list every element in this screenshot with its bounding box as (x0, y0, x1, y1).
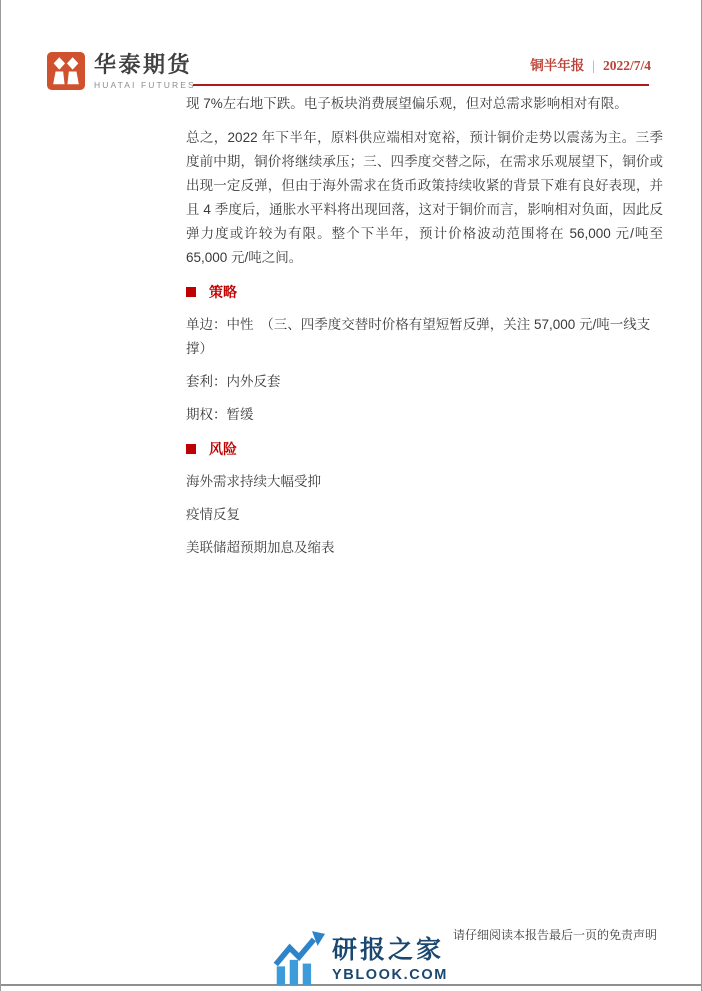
risk-item-fed-hike: 美联储超预期加息及缩表 (186, 536, 663, 560)
section-title-strategy: 策略 (209, 280, 237, 304)
report-type-label: 铜半年报 (530, 58, 584, 73)
square-bullet-icon (186, 287, 196, 297)
footer-disclaimer: 请仔细阅读本报告最后一页的免责声明 (453, 926, 657, 943)
watermark-name: 研报之家 (332, 938, 448, 963)
header-divider-rule (193, 84, 649, 86)
risk-item-overseas-demand: 海外需求持续大幅受抑 (186, 470, 663, 494)
strategy-item-arbitrage: 套利：内外反套 (186, 370, 663, 394)
report-page: 华泰期货 HUATAI FUTURES 铜半年报|2022/7/4 现 7%左右… (0, 0, 702, 991)
huatai-brand: 华泰期货 HUATAI FUTURES (47, 52, 196, 90)
strategy-item-unilateral: 单边：中性 （三、四季度交替时价格有望短暂反弹，关注 57,000 元/吨一线支… (186, 313, 663, 361)
paragraph-summary: 总之，2022 年下半年，原料供应端相对宽裕，预计铜价走势以震荡为主。三季度前中… (186, 126, 663, 270)
strategy-item-options: 期权：暂缓 (186, 403, 663, 427)
watermark-text: 研报之家 YBLOOK.COM (332, 938, 448, 983)
section-title-risk: 风险 (209, 437, 237, 461)
meta-separator: | (584, 58, 603, 73)
bar-chart-up-arrow-icon (273, 929, 325, 991)
brand-name-en: HUATAI FUTURES (94, 80, 196, 90)
section-header-risk: 风险 (186, 437, 663, 461)
huatai-logo-icon (47, 52, 85, 90)
yblook-watermark: 研报之家 YBLOOK.COM (273, 929, 448, 991)
report-date: 2022/7/4 (603, 58, 651, 73)
watermark-site: YBLOOK.COM (332, 967, 448, 983)
report-body: 现 7%左右地下跌。电子板块消费展望偏乐观，但对总需求影响相对有限。 总之，20… (186, 92, 663, 560)
brand-text: 华泰期货 HUATAI FUTURES (94, 52, 196, 90)
square-bullet-icon (186, 444, 196, 454)
risk-item-pandemic: 疫情反复 (186, 503, 663, 527)
paragraph-continuation: 现 7%左右地下跌。电子板块消费展望偏乐观，但对总需求影响相对有限。 (186, 92, 663, 116)
report-meta: 铜半年报|2022/7/4 (530, 54, 651, 74)
brand-name-cn: 华泰期货 (94, 52, 196, 77)
section-header-strategy: 策略 (186, 280, 663, 304)
